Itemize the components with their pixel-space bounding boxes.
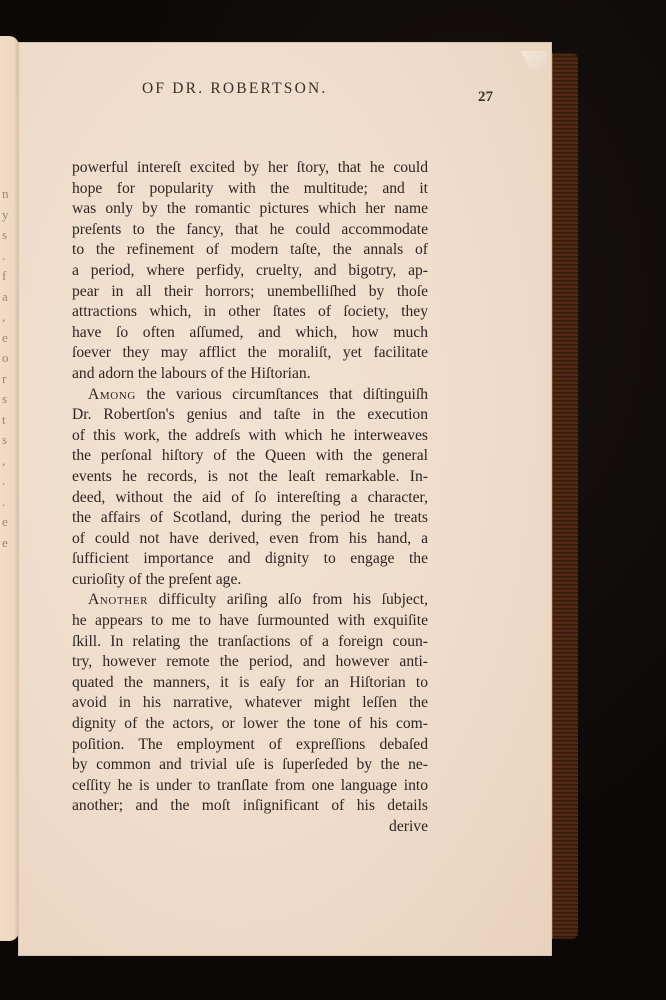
text-line: he appears to me to have ſurmounted with… [72, 611, 428, 632]
margin-char: e [2, 328, 14, 349]
left-page-edge: n y s . f a , e o r s t s , . . e e [0, 36, 19, 941]
text-line: ſufficient importance and dignity to eng… [72, 549, 428, 570]
text-line: poſition. The employment of expreſſions … [72, 735, 428, 756]
text-line: dignity of the actors, or lower the tone… [72, 714, 428, 735]
text-line: the perſonal hiſtory of the Queen with t… [72, 446, 428, 467]
margin-char: s [2, 389, 14, 410]
margin-char: t [2, 410, 14, 431]
paragraph-opening-line: Among the various circumſtances that diſ… [72, 385, 428, 406]
text-line: ſkill. In relating the tranſactions of a… [72, 632, 428, 653]
margin-char: e [2, 533, 14, 554]
margin-char: s [2, 225, 14, 246]
body-text: powerful intereſt excited by her ſtory, … [72, 158, 428, 838]
text-line: try, however remote the period, and howe… [72, 652, 428, 673]
text-line: by common and trivial uſe is ſuperſeded … [72, 755, 428, 776]
text-line: was only by the romantic pictures which … [72, 199, 428, 220]
text-line: Dr. Robertſon's genius and taſte in the … [72, 405, 428, 426]
text-line: events he records, is not the leaſt rema… [72, 467, 428, 488]
text-line: have ſo often aſſumed, and which, how mu… [72, 323, 428, 344]
text-line: to the refinement of modern taſte, the a… [72, 240, 428, 261]
catchword: derive [72, 817, 428, 838]
margin-char: a [2, 287, 14, 308]
small-caps-lead: Another [88, 591, 148, 608]
text-line: the affairs of Scotland, during the peri… [72, 508, 428, 529]
margin-char: s [2, 430, 14, 451]
text-line: quated the manners, it is eaſy for an Hi… [72, 673, 428, 694]
margin-char: , [2, 307, 14, 328]
margin-char: , [2, 451, 14, 472]
text-run: the various circumſtances that diſtingui… [136, 386, 428, 403]
text-run: difficulty ariſing alſo from his ſubject… [148, 591, 428, 608]
text-line: of could not have derived, even from his… [72, 529, 428, 550]
text-line: preſents to the fancy, that he could acc… [72, 220, 428, 241]
margin-char: n [2, 184, 14, 205]
text-line: another; and the moſt inſignificant of h… [72, 796, 428, 817]
margin-char: e [2, 512, 14, 533]
text-line: hope for popularity with the multitude; … [72, 179, 428, 200]
text-line: of this work, the addreſs with which he … [72, 426, 428, 447]
page-number: 27 [478, 89, 493, 106]
text-line: powerful intereſt excited by her ſtory, … [72, 158, 428, 179]
left-page-margin-text: n y s . f a , e o r s t s , . . e e [2, 184, 14, 553]
text-line: attractions which, in other ſtates of ſo… [72, 302, 428, 323]
text-line: ceſſity he is under to tranſlate from on… [72, 776, 428, 797]
text-line: curioſity of the preſent age. [72, 570, 428, 591]
book-fore-edge [548, 53, 578, 939]
running-head: OF DR. ROBERTSON. [142, 80, 327, 98]
corner-fold [521, 51, 547, 79]
small-caps-lead: Among [88, 386, 136, 403]
margin-char: . [2, 492, 14, 513]
text-line: a period, where perfidy, cruelty, and bi… [72, 261, 428, 282]
text-line: and adorn the labours of the Hiſtorian. [72, 364, 428, 385]
margin-char: y [2, 205, 14, 226]
margin-char: . [2, 471, 14, 492]
margin-char: . [2, 246, 14, 267]
margin-char: r [2, 369, 14, 390]
paragraph-opening-line: Another difficulty ariſing alſo from his… [72, 590, 428, 611]
text-line: deed, without the aid of ſo intereſting … [72, 488, 428, 509]
text-line: pear in all their horrors; unembelliſhed… [72, 282, 428, 303]
text-line: ſoever they may afflict the moraliſt, ye… [72, 343, 428, 364]
margin-char: o [2, 348, 14, 369]
margin-char: f [2, 266, 14, 287]
text-line: avoid in his narrative, whatever might l… [72, 693, 428, 714]
